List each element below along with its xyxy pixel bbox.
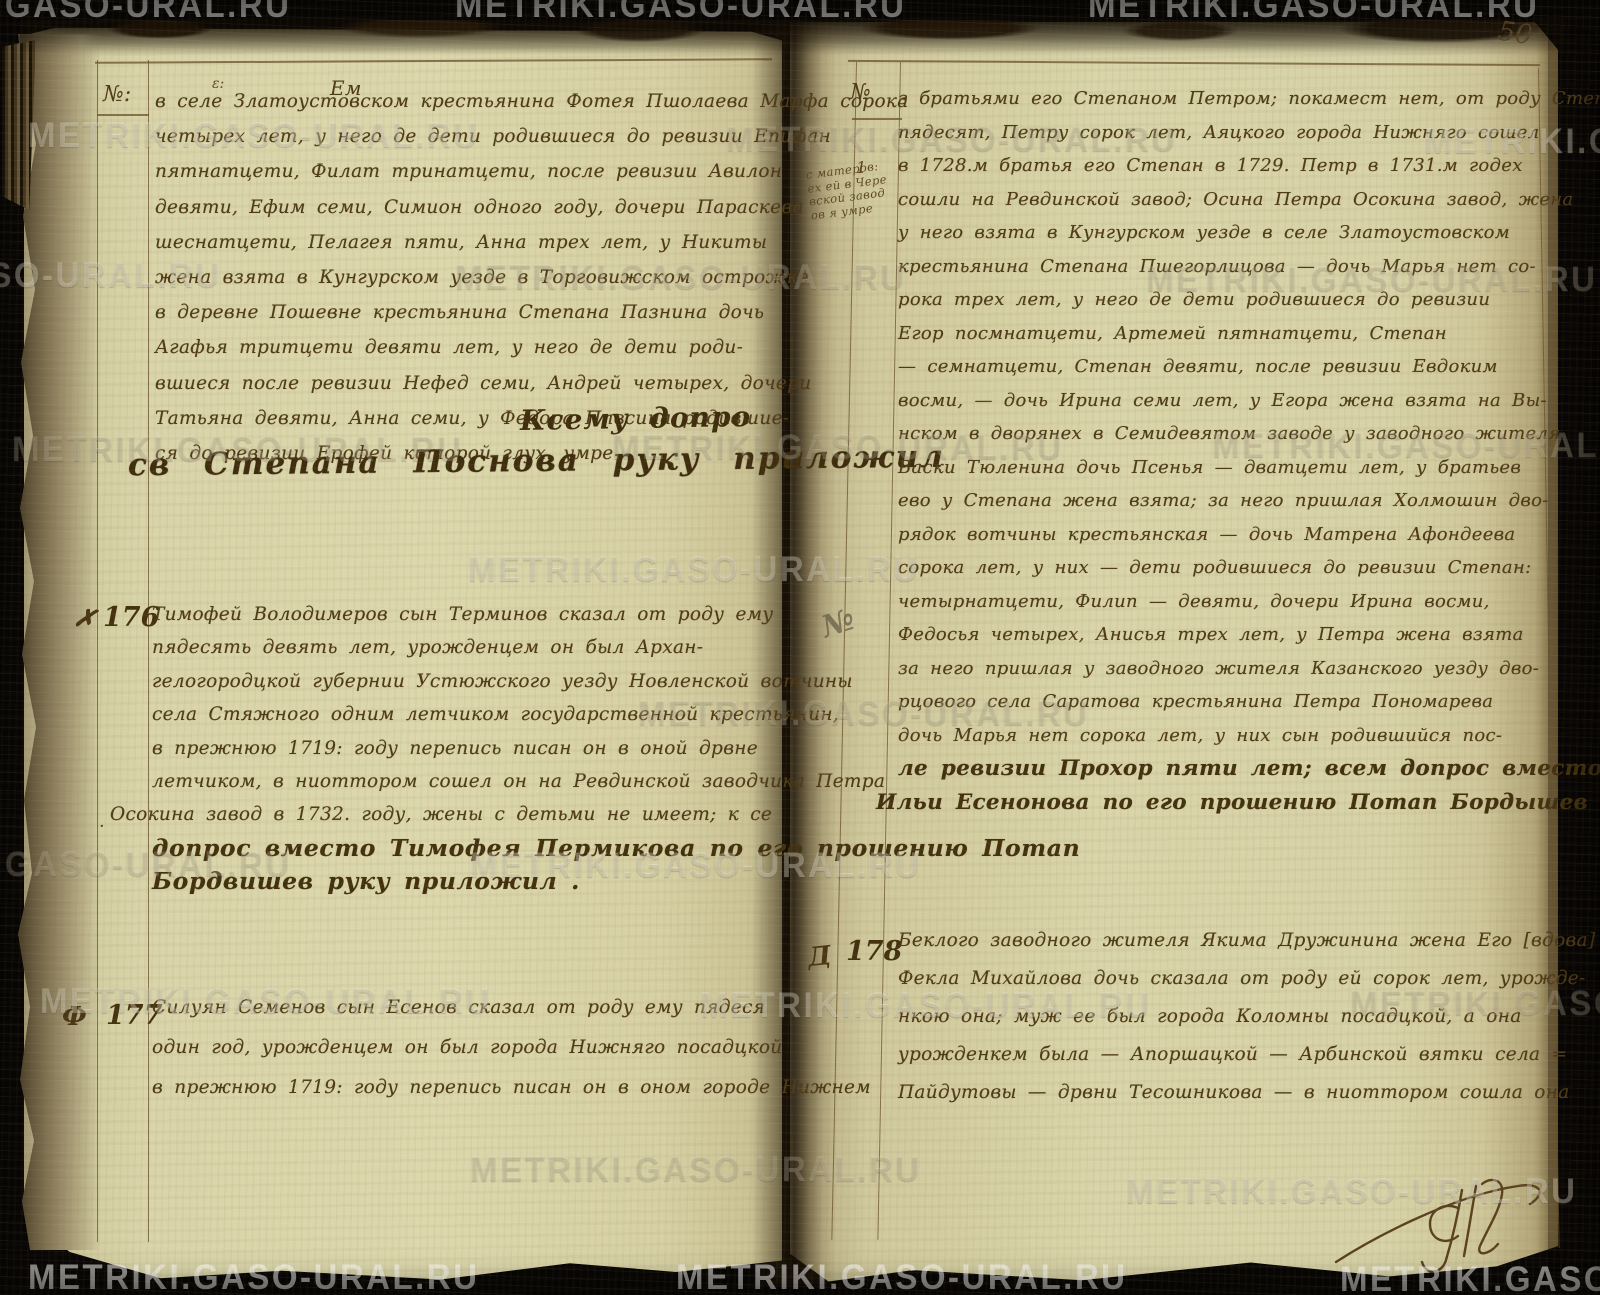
- manuscript-line: рцового села Саратова крестьянина Петра …: [898, 685, 1543, 719]
- watermark-text: METRIKI.GASO-URAL.RU: [455, 0, 906, 26]
- manuscript-line: один год, урожденцем он был города Нижня…: [152, 1028, 782, 1068]
- left-margin-number-header: №:: [103, 82, 131, 107]
- manuscript-line: четырех лет, у него де дети родившиеся д…: [155, 119, 779, 154]
- manuscript-line: в прежнюю 1719: году перепись писан он в…: [152, 732, 782, 765]
- manuscript-line: Силуян Семенов сын Есенов сказал от роду…: [152, 988, 782, 1028]
- manuscript-line: пядесять девять лет, урожденцем он был А…: [152, 631, 782, 664]
- entry-178-number: 178: [846, 936, 902, 967]
- manuscript-line: в селе Златоустовском крестьянина Фотея …: [155, 84, 779, 119]
- entry-178-block: Беклого заводного жителя Якима Дружинина…: [898, 922, 1543, 1112]
- entry-176-block: Тимофей Володимеров сын Терминов сказал …: [152, 598, 782, 899]
- page-number: 50: [1496, 16, 1534, 51]
- manuscript-line: крестьянина Степана Пшегорлицова — дочь …: [898, 250, 1543, 284]
- manuscript-line: Пайдутовы — дрвни Тесошникова — в ниотто…: [898, 1074, 1543, 1112]
- manuscript-line: Фекла Михайлова дочь сказала от роду ей …: [898, 960, 1543, 998]
- manuscript-line: нкою она; муж ее был города Коломны поса…: [898, 998, 1543, 1036]
- entry-178-mark: Д: [806, 941, 832, 973]
- manuscript-line: Васки Тюленина дочь Псенья — дватцети ле…: [898, 451, 1543, 485]
- manuscript-line: Егор посмнатцети, Артемей пятнатцети, Ст…: [898, 317, 1543, 351]
- watermark-text: METRIKI.GASO-URAL.RU: [0, 0, 291, 26]
- left-margin-header-rule: [97, 114, 149, 116]
- manuscript-line: ево у Степана жена взята; за него пришла…: [898, 484, 1543, 518]
- manuscript-line: рядок вотчины крестьянская — дочь Матрен…: [898, 518, 1543, 552]
- entry-176-number: 176: [103, 602, 159, 633]
- manuscript-line: сошли на Ревдинской завод; Осина Петра О…: [898, 183, 1543, 217]
- manuscript-line: Агафья тритцети девяти лет, у него де де…: [155, 330, 779, 365]
- manuscript-line: з братьями его Степаном Петром; покамест…: [898, 82, 1543, 116]
- manuscript-line: — семнатцети, Степан девяти, после ревиз…: [898, 350, 1543, 384]
- manuscript-line: села Стяжного одним летчиком государстве…: [152, 698, 782, 731]
- manuscript-line: Тимофей Володимеров сын Терминов сказал …: [152, 598, 782, 631]
- manuscript-line: шеснатцети, Пелагея пяти, Анна трех лет,…: [155, 225, 779, 260]
- manuscript-line: допрос вместо Тимофея Пермикова по его п…: [152, 832, 782, 865]
- manuscript-line: нском в дворянех в Семидевятом заводе у …: [898, 417, 1543, 451]
- left-margin-line-inner: [148, 60, 149, 1242]
- manuscript-line: девяти, Ефим семи, Симион одного году, д…: [155, 190, 779, 225]
- manuscript-line: Беклого заводного жителя Якима Дружинина…: [898, 922, 1543, 960]
- manuscript-line: рока трех лет, у него де дети родившиеся…: [898, 283, 1543, 317]
- manuscript-line: ле ревизии Прохор пяти лет; всем допрос …: [898, 752, 1543, 786]
- manuscript-line: жена взята в Кунгурском уезде в Торговиж…: [155, 260, 779, 295]
- manuscript-line: Осокина завод в 1732. году, жены с детьм…: [110, 798, 782, 831]
- left-margin-line-outer: [97, 60, 98, 1242]
- manuscript-line: сорока лет, у них — дети родившиеся до р…: [898, 551, 1543, 585]
- manuscript-line: за него пришлая у заводного жителя Казан…: [898, 652, 1543, 686]
- manuscript-line: в деревне Пошевне крестьянина Степана Па…: [155, 295, 779, 330]
- manuscript-line: четырнатцети, Филип — девяти, дочери Ири…: [898, 585, 1543, 619]
- manuscript-line: гелогородцкой губернии Устюжского уезду …: [152, 665, 782, 698]
- manuscript-line: у него взята в Кунгурском уезде в селе З…: [898, 216, 1543, 250]
- manuscript-line: пядесят, Петру сорок лет, Аяцкого города…: [898, 116, 1543, 150]
- torn-page-edge: [0, 34, 100, 1250]
- entry-177-block: Силуян Семенов сын Есенов сказал от роду…: [152, 988, 782, 1108]
- manuscript-line: восми, — дочь Ирина семи лет, у Егора же…: [898, 384, 1543, 418]
- entry-177-mark: Ф: [62, 1002, 87, 1032]
- entry-176-footnote-dot: ·: [99, 816, 105, 837]
- manuscript-line: Ильи Есенонова по его прошению Потап Бор…: [876, 786, 1543, 820]
- manuscript-line: Федосья четырех, Анисья трех лет, у Петр…: [898, 618, 1543, 652]
- manuscript-line: в 1728.м братья его Степан в 1729. Петр …: [898, 149, 1543, 183]
- manuscript-line: пятнатцети, Филат тринатцети, после реви…: [155, 154, 779, 189]
- ink-flourish: [1330, 1162, 1560, 1277]
- manuscript-line: летчиком, в ниоттором сошел он на Ревдин…: [152, 765, 782, 798]
- manuscript-line: урожденкем была — Апоршацкой — Арбинской…: [898, 1036, 1543, 1074]
- manuscript-line: вшиеся после ревизии Нефед семи, Андрей …: [155, 366, 779, 401]
- right-block-1: з братьями его Степаном Петром; покамест…: [898, 82, 1543, 819]
- right-margin-number-header: №: [850, 80, 871, 105]
- manuscript-line: в прежнюю 1719: году перепись писан он в…: [152, 1068, 782, 1108]
- manuscript-line: Бордвишев руку приложил .: [152, 865, 782, 898]
- right-margin-header-rule: [852, 118, 902, 120]
- watermark-text: METRIKI.GASO-URAL.RU: [1088, 0, 1539, 26]
- manuscript-line: дочь Марья нет сорока лет, у них сын род…: [898, 719, 1543, 753]
- signature-inline: Ксему допро: [520, 400, 752, 437]
